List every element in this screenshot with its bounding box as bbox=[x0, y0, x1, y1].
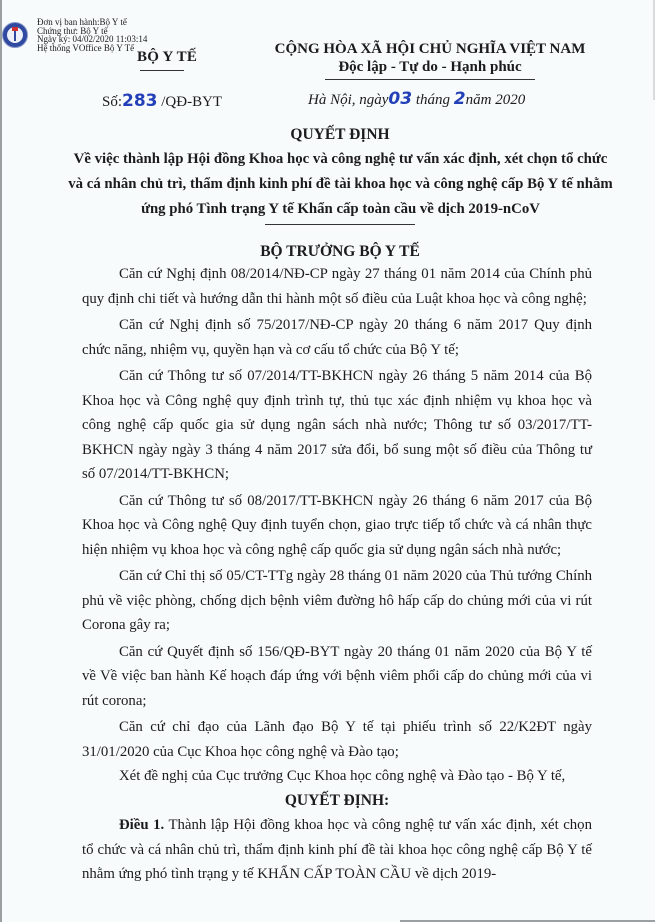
issuing-authority: BỘ TRƯỞNG BỘ Y TẾ bbox=[60, 243, 620, 261]
preamble-clause: Căn cứ Thông tư số 07/2014/TT-BKHCN ngày… bbox=[82, 364, 592, 487]
handwritten-number: 283 bbox=[122, 91, 158, 111]
preamble-clause: Căn cứ Thông tư số 08/2017/TT-BKHCN ngày… bbox=[82, 489, 592, 563]
preamble-clause: Căn cứ chỉ đạo của Lãnh đạo Bộ Y tế tại … bbox=[82, 715, 592, 764]
stamp-system: Hệ thống VOffice Bộ Y Tế bbox=[37, 44, 147, 53]
document-title: QUYẾT ĐỊNH bbox=[60, 126, 620, 144]
document-page: Đơn vị ban hành:Bộ Y tế Chứng thư: Bộ Y … bbox=[0, 0, 655, 922]
ministry-emblem-icon bbox=[2, 22, 28, 48]
issuing-organization: BỘ Y TẾ bbox=[137, 49, 197, 66]
preamble-clause: Căn cứ Nghị định số 75/2017/NĐ-CP ngày 2… bbox=[82, 313, 592, 362]
subject-underline bbox=[265, 224, 415, 225]
article-1: Điều 1. Thành lập Hội đồng khoa học và c… bbox=[82, 813, 592, 887]
national-title: CỘNG HÒA XÃ HỘI CHỦ NGHĨA VIỆT NAM bbox=[240, 41, 620, 58]
organization-underline bbox=[140, 70, 184, 71]
national-motto: Độc lập - Tự do - Hạnh phúc bbox=[240, 59, 620, 76]
preamble-clause: Căn cứ Chỉ thị số 05/CT-TTg ngày 28 thán… bbox=[82, 564, 592, 638]
document-number: Số:283 /QĐ-BYT bbox=[102, 91, 222, 111]
document-subject: Về việc thành lập Hội đồng Khoa học và c… bbox=[68, 147, 613, 222]
signature-info: Đơn vị ban hành:Bộ Y tế Chứng thư: Bộ Y … bbox=[37, 18, 147, 52]
handwritten-month: 2 bbox=[454, 89, 466, 109]
preamble-clause: Căn cứ Nghị định 08/2014/NĐ-CP ngày 27 t… bbox=[82, 262, 592, 311]
decision-heading: QUYẾT ĐỊNH: bbox=[82, 789, 592, 814]
preamble-clause: Xét đề nghị của Cục trưởng Cục Khoa học … bbox=[82, 764, 592, 789]
motto-underline bbox=[325, 79, 535, 80]
document-body: Căn cứ Nghị định 08/2014/NĐ-CP ngày 27 t… bbox=[82, 262, 592, 887]
place-and-date: Hà Nội, ngày03 tháng 2năm 2020 bbox=[308, 89, 525, 109]
handwritten-day: 03 bbox=[388, 89, 412, 109]
scan-edge-left bbox=[0, 0, 2, 922]
preamble-clause: Căn cứ Quyết định số 156/QĐ-BYT ngày 20 … bbox=[82, 640, 592, 714]
article-label: Điều 1. bbox=[119, 817, 164, 833]
